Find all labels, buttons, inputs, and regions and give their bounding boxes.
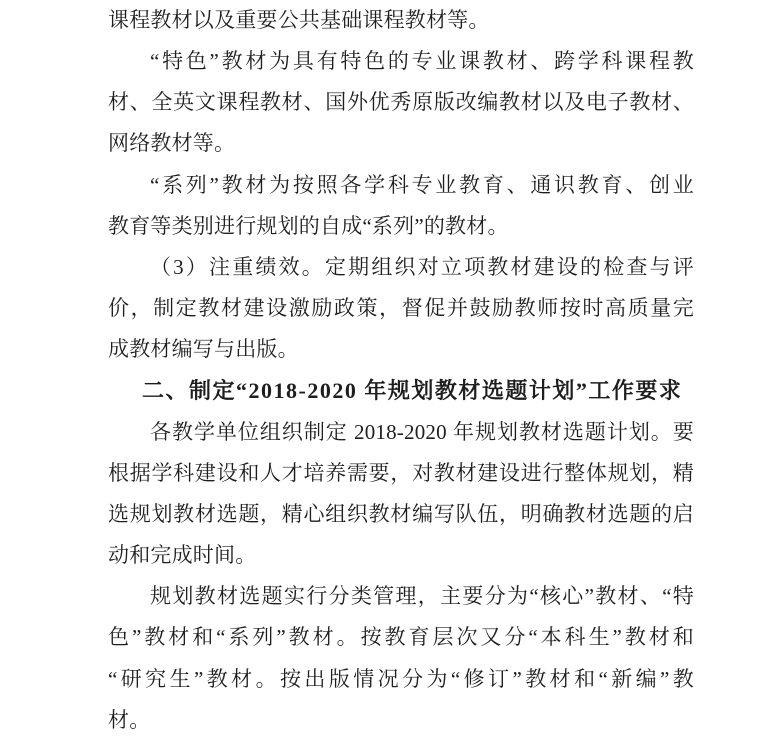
paragraph-line: 色”教材和“系列”教材。按教育层次又分“本科生”教材和	[108, 617, 694, 658]
paragraph-line: （3）注重绩效。定期组织对立项教材建设的检查与评	[108, 247, 694, 288]
paragraph-line: 动和完成时间。	[108, 535, 694, 576]
paragraph-line: “特色”教材为具有特色的专业课教材、跨学科课程教	[108, 41, 694, 82]
section-heading: 二、制定“2018-2020 年规划教材选题计划”工作要求	[108, 370, 694, 411]
paragraph-line: 根据学科建设和人才培养需要，对教材建设进行整体规划，精	[108, 453, 694, 494]
paragraph-line: 材。	[108, 700, 694, 741]
paragraph-line: 各教学单位组织制定 2018-2020 年规划教材选题计划。要	[108, 412, 694, 453]
paragraph-line: 网络教材等。	[108, 123, 694, 164]
paragraph-line: “系列”教材为按照各学科专业教育、通识教育、创业	[108, 165, 694, 206]
paragraph-line: 价，制定教材建设激励政策，督促并鼓励教师按时高质量完	[108, 288, 694, 329]
paragraph-line: 选规划教材选题，精心组织教材编写队伍，明确教材选题的启	[108, 494, 694, 535]
paragraph-line: 成教材编写与出版。	[108, 329, 694, 370]
paragraph-line: “研究生”教材。按出版情况分为“修订”教材和“新编”教	[108, 659, 694, 700]
paragraph-line: 规划教材选题实行分类管理，主要分为“核心”教材、“特	[108, 576, 694, 617]
document-page: 课程教材以及重要公共基础课程教材等。 “特色”教材为具有特色的专业课教材、跨学科…	[108, 0, 694, 741]
paragraph-line: 教育等类别进行规划的自成“系列”的教材。	[108, 206, 694, 247]
paragraph-line: 课程教材以及重要公共基础课程教材等。	[108, 0, 694, 41]
paragraph-line: 材、全英文课程教材、国外优秀原版改编教材以及电子教材、	[108, 82, 694, 123]
